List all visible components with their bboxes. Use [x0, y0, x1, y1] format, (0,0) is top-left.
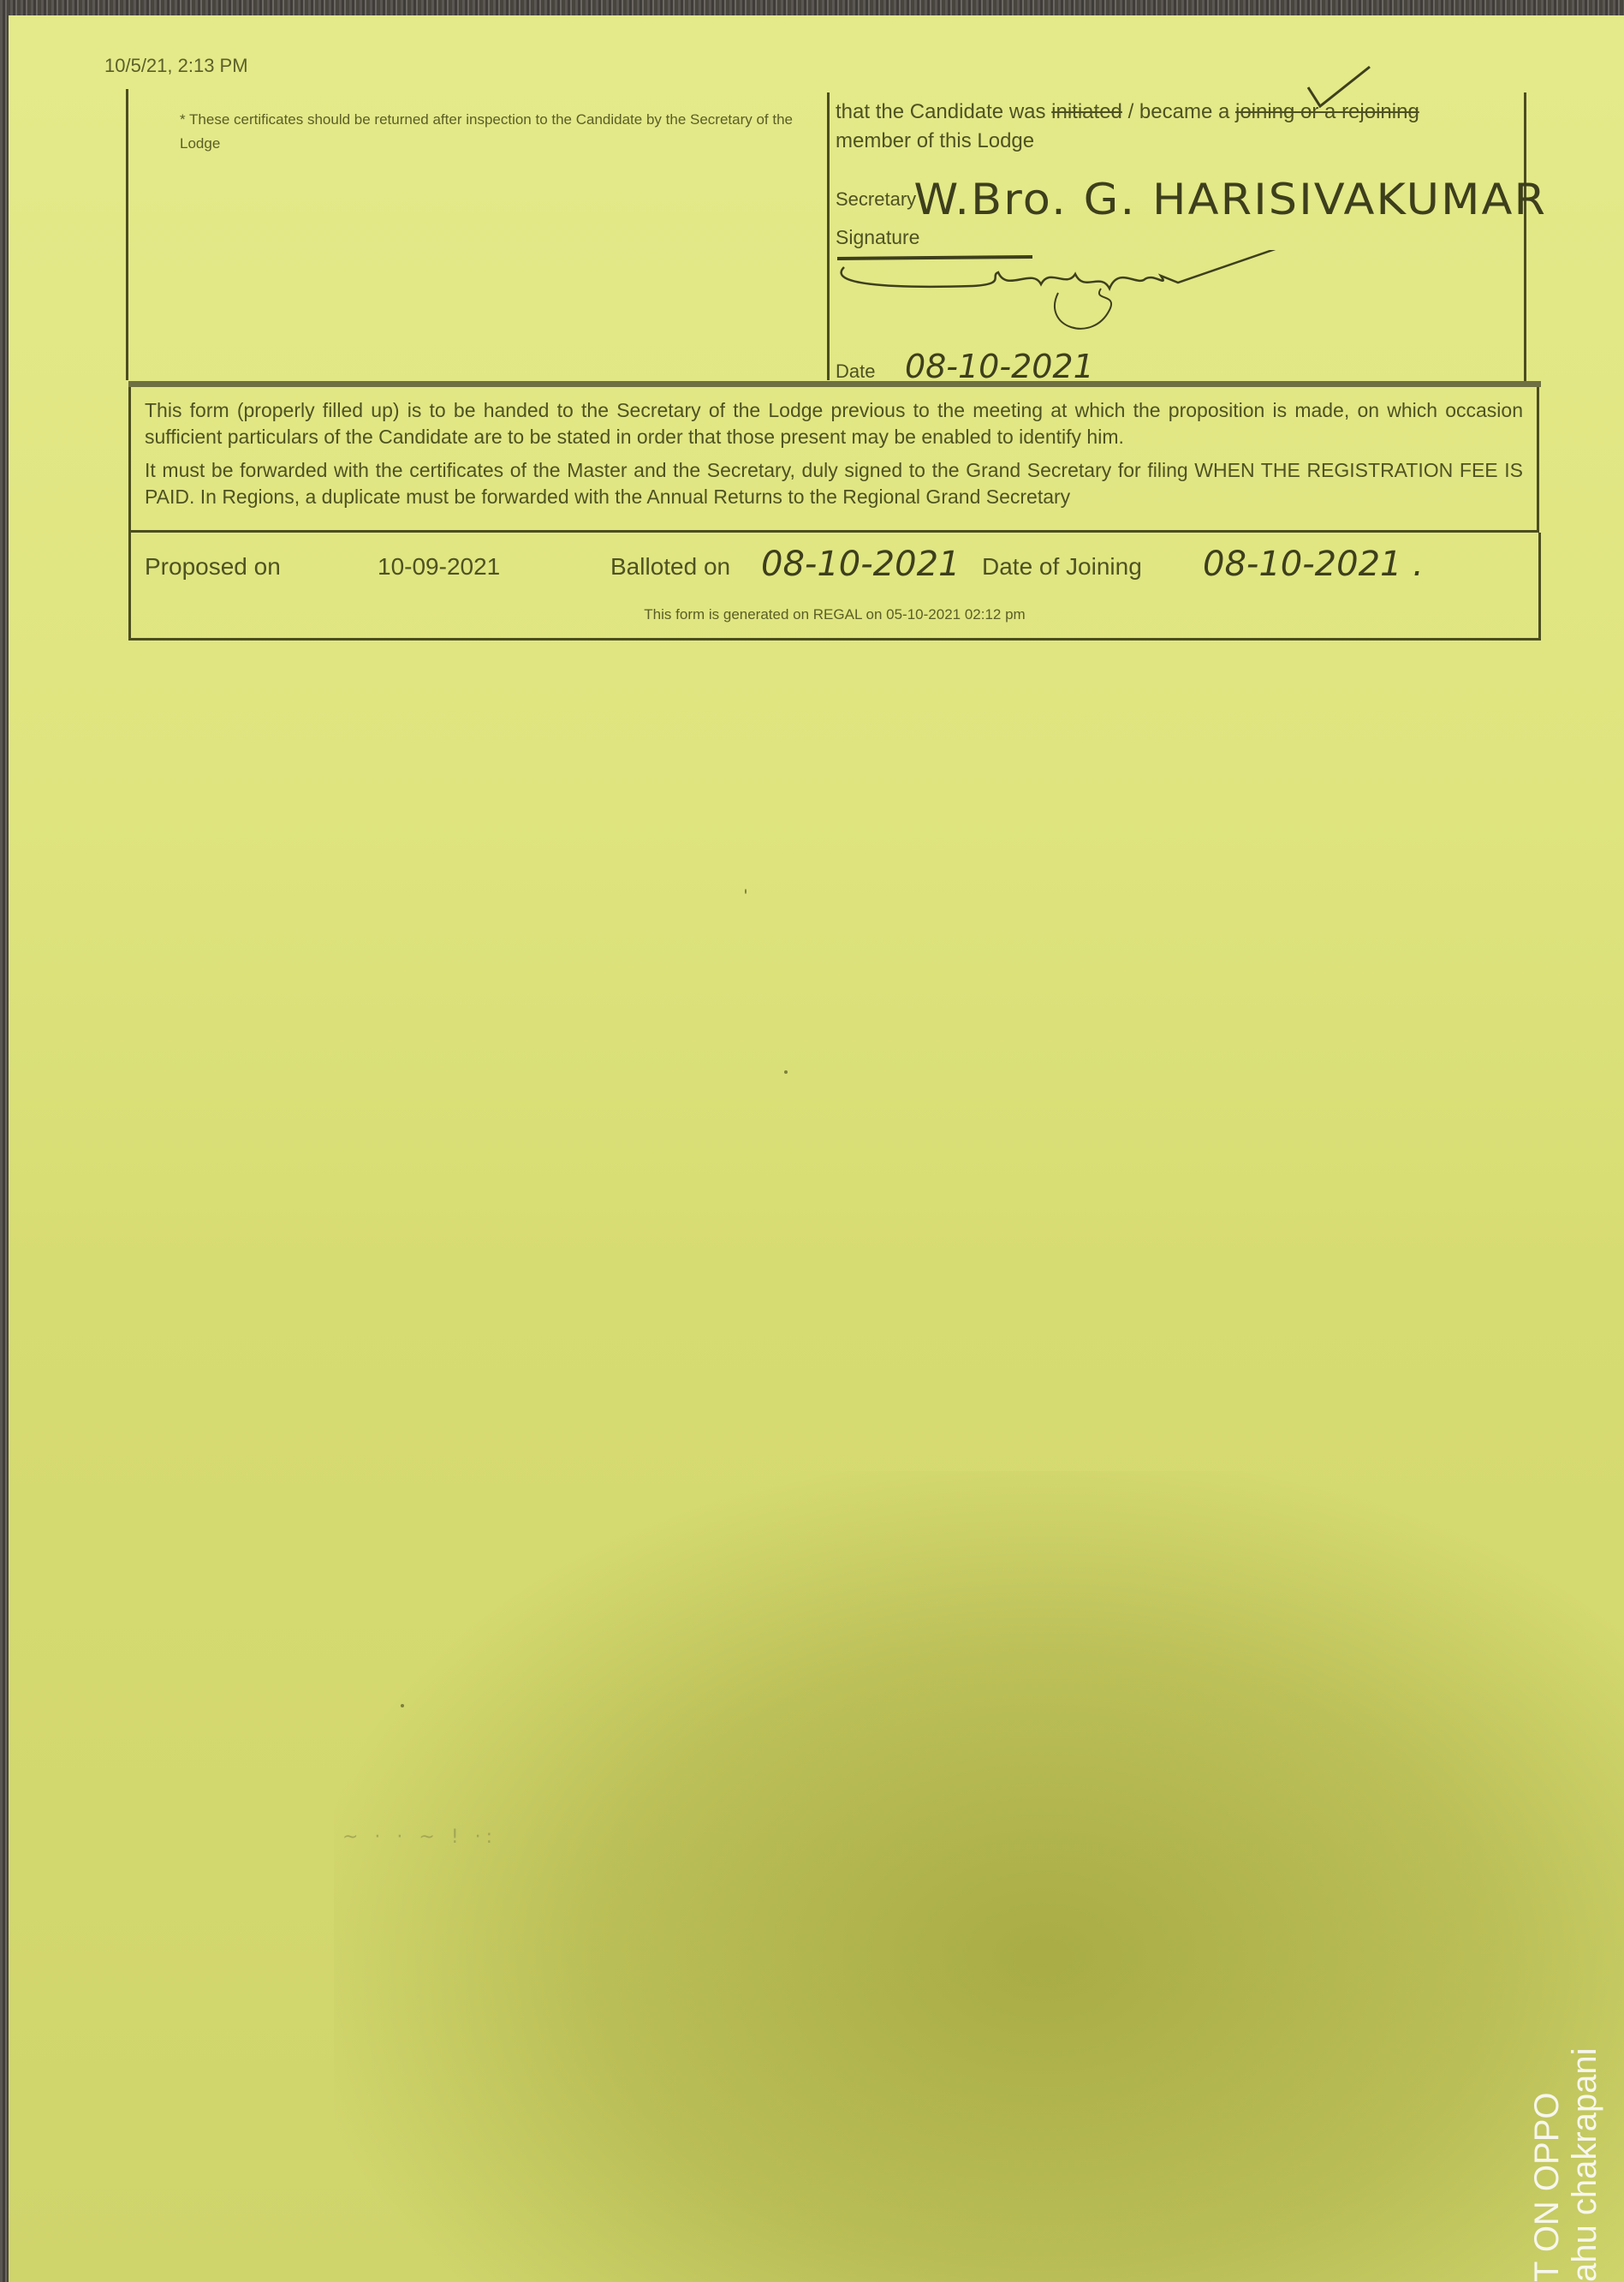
faint-pencil-marks: ~ · · ~ ! ·:: [342, 1826, 497, 1848]
section-divider: [128, 381, 1541, 387]
certificate-note-cell: * These certificates should be returned …: [126, 89, 830, 380]
membership-statement-line2: member of this Lodge: [836, 127, 1520, 156]
joining-label: Date of Joining: [982, 553, 1142, 581]
struck-initiated: initiated: [1051, 100, 1122, 123]
generated-note: This form is generated on REGAL on 05-10…: [131, 606, 1538, 623]
certificate-note: * These certificates should be returned …: [180, 108, 813, 156]
photo-shadow: [334, 1471, 1624, 2282]
secretary-handwritten-name: W.Bro. G. HARISIVAKUMAR: [913, 175, 1547, 224]
joining-handwritten-value: 08-10-2021 .: [1203, 545, 1424, 584]
date-row: Date 08-10-2021: [836, 348, 1094, 385]
secretary-certificate-cell: that the Candidate was initiated / becam…: [836, 98, 1520, 156]
check-mark-icon: [1305, 62, 1373, 113]
proposed-value: 10-09-2021: [378, 553, 500, 581]
signature-label: Signature: [836, 226, 919, 249]
right-border: [1524, 92, 1526, 382]
date-handwritten-value: 08-10-2021: [905, 348, 1094, 385]
date-label: Date: [836, 360, 875, 382]
paper-speck: [401, 1704, 404, 1707]
instructions-block: This form (properly filled up) is to be …: [128, 387, 1539, 533]
paper-speck: [745, 889, 747, 894]
print-timestamp: 10/5/21, 2:13 PM: [104, 55, 248, 77]
dates-block: Proposed on 10-09-2021 Balloted on 08-10…: [128, 533, 1541, 641]
camera-watermark: T ON OPPO ahu chakrapani: [1528, 2047, 1603, 2282]
membership-statement: that the Candidate was initiated / becam…: [836, 98, 1520, 127]
signature-scribble-icon: [836, 250, 1315, 353]
instruction-paragraph: This form (properly filled up) is to be …: [145, 397, 1523, 450]
instruction-paragraph: It must be forwarded with the certificat…: [145, 457, 1523, 510]
paper-speck: [784, 1070, 788, 1074]
secretary-row: Secretary W.Bro. G. HARISIVAKUMAR: [836, 175, 1532, 224]
form-page: 10/5/21, 2:13 PM * These certificates sh…: [9, 15, 1624, 2282]
watermark-line1: T ON OPPO: [1528, 2047, 1566, 2282]
balloted-label: Balloted on: [610, 553, 730, 581]
secretary-label: Secretary: [836, 188, 916, 210]
column-divider: [827, 92, 830, 380]
balloted-handwritten-value: 08-10-2021: [761, 545, 960, 584]
proposed-label: Proposed on: [145, 553, 281, 581]
watermark-line2: ahu chakrapani: [1566, 2047, 1603, 2282]
